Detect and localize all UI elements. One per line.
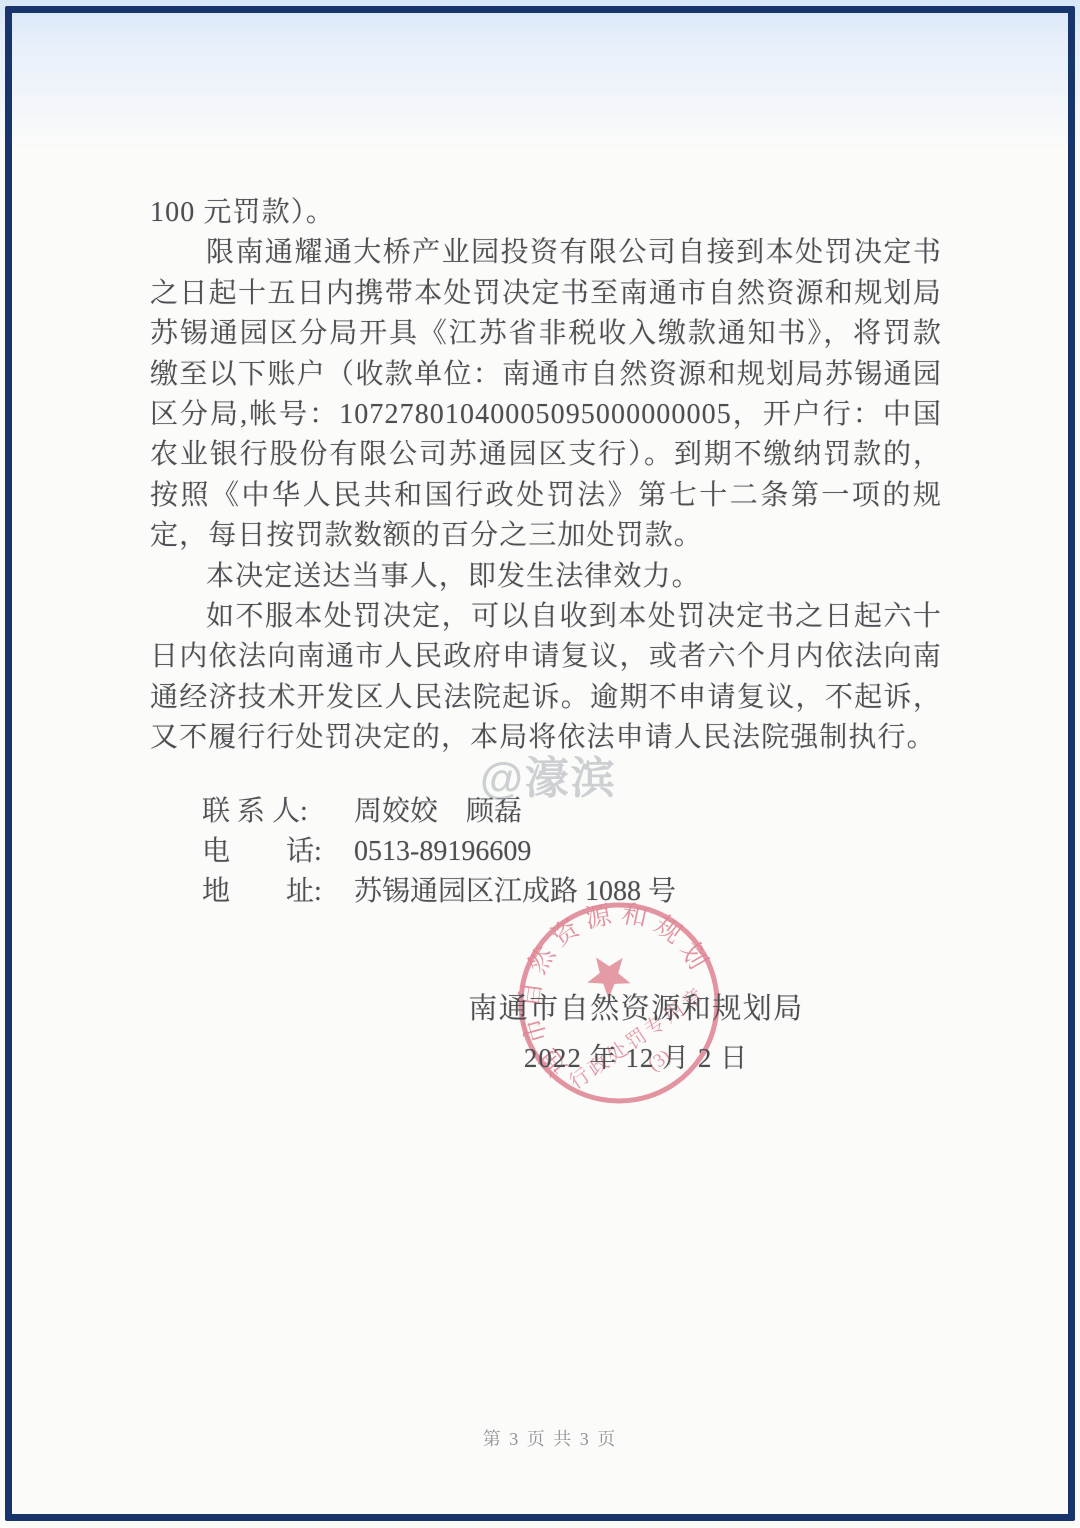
contact-address-label: 地 址: [202,872,354,912]
contact-person-label: 联 系 人: [202,792,354,832]
scan-blue-tint [0,0,1080,150]
paragraph-payment-instructions: 限南通耀通大桥产业园投资有限公司自接到本处罚决定书之日起十五日内携带本处罚决定书… [150,233,942,556]
paragraph-legal-effect: 本决定送达当事人，即发生法律效力。 [150,557,942,597]
page-number: 第 3 页 共 3 页 [150,1425,950,1451]
watermark: @濠滨 [480,742,617,806]
contact-phone-value: 0513-89196609 [354,836,531,867]
contact-phone-label: 电 话: [202,832,354,872]
signature-block: 南通市自然资源和规划局 2022 年 12 月 2 日 [436,986,836,1075]
signature-date: 2022 年 12 月 2 日 [436,1036,836,1075]
paragraph-appeal-rights: 如不服本处罚决定，可以自收到本处罚决定书之日起六十日内依法向南通市人民政府申请复… [150,597,942,759]
signature-agency: 南通市自然资源和规划局 [436,986,836,1027]
document-body: 100 元罚款）。 限南通耀通大桥产业园投资有限公司自接到本处罚决定书之日起十五… [150,193,942,759]
paragraph-continuation: 100 元罚款）。 [150,193,942,233]
contact-phone-row: 电 话:0513-89196609 [202,832,676,872]
